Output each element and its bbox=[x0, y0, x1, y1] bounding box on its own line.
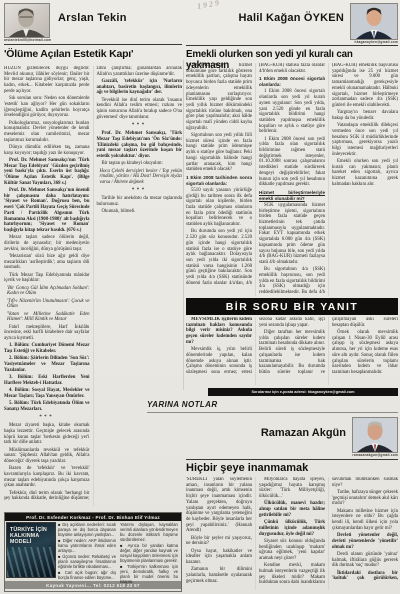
contact-email-bar: Sorularınız için e-posta adresi: hkagano… bbox=[208, 388, 398, 396]
headline: 'Ölüme Açılan Estetik Kapı' bbox=[4, 48, 182, 60]
ad-bullets-right: Yatırımı dışlayan, kaynakları verimli al… bbox=[118, 522, 180, 580]
notes-section-title: YARINA NOTLAR bbox=[147, 400, 222, 409]
article-paragraph: Çünkü ülkücülük, Türk milletinin içinde … bbox=[259, 520, 325, 537]
article-paragraph: 4. Bölüm: Sosyal Hayat, Meslekler ve Mez… bbox=[4, 388, 90, 399]
column-ramazan-akgun: Ramazan Akgün ramazanakgun@gmail.com Hiç… bbox=[186, 416, 398, 592]
article-paragraph: Okumalı, bilmeli. bbox=[97, 209, 183, 215]
headline: Hiçbir şeye inanmamak bbox=[186, 462, 398, 474]
ad-bullet: ■ Türkiye'nin kalkınması için yeni, demo… bbox=[120, 565, 178, 585]
article-paragraph: 'Vatan ve Milletine Sadâkatle Eden Hizme… bbox=[7, 312, 90, 323]
article-paragraph: Psikologlarımız, sosyologlarımız bunları… bbox=[4, 121, 90, 144]
article-paragraph: Sigortalının son yedi yıllık fiilî hizme… bbox=[186, 133, 252, 173]
author-email: hkaganoyken@gmail.com bbox=[355, 40, 398, 44]
article-paragraph: *** bbox=[4, 415, 90, 421]
book-advertisement: Prof. Dr. Esfender Korkmaz - Prof. Dr. B… bbox=[4, 512, 182, 592]
ad-bullet: ■ Ayrıca bir yandan katma değer, diğer y… bbox=[120, 544, 178, 564]
article-paragraph: 1. Bölüm: Cumhuriyet Dönemi Mezar Taşı E… bbox=[4, 343, 90, 354]
article-paragraph: 5. Bölüm: Türk Edebiyatında Ölüm ve Sana… bbox=[4, 401, 90, 412]
newspaper-page: 1929 Arslan Tekin arslantekin55@hotmail.… bbox=[0, 0, 400, 594]
article-body: SİGORTALILARIN hizmet dökümüne göre fark… bbox=[186, 63, 398, 296]
article-paragraph: 'Bir Gonca Gül İdim Açılmadan Soldum': K… bbox=[7, 286, 90, 297]
article-paragraph: Mezar ziyareti başka, kitabe okumak başk… bbox=[4, 423, 90, 446]
article-paragraph: Siyaset söz konusu olduğunda benliğinden… bbox=[259, 539, 325, 562]
article-paragraph: Zamanın bir dilimini yalanlarla, hamâset… bbox=[186, 567, 252, 584]
article-paragraph: Ülkücülük, manevî hazdır; alınıp satılan… bbox=[259, 501, 325, 518]
article-paragraph: Türk Mezar Taşı Edebiyatında mânidar içe… bbox=[4, 273, 90, 284]
ad-bullet: ■ Dış açıkların nedenleri: sıcak paraya … bbox=[58, 523, 116, 538]
article-paragraph: Gazzâlî, 'tefekkür' için 'Nurların anaht… bbox=[97, 79, 183, 96]
article-paragraph: *** bbox=[97, 123, 183, 129]
article-paragraph: Yargıtay'ın benzer davalara bakışı da bu… bbox=[332, 110, 398, 121]
column-divider bbox=[183, 60, 184, 390]
article-paragraph: HÜZÜN gizlenilecek duygu değildir. Mevli… bbox=[4, 66, 90, 95]
qa-paragraph: Örnek olarak mevsimlik çalışan 1 Nisan-3… bbox=[332, 330, 398, 376]
article-paragraph: Devleti yönetenler değil, devleti yönete… bbox=[332, 533, 398, 550]
article-paragraph: Prof. Dr. Mehmet Samsakçı'nın 'Türk Meza… bbox=[4, 158, 90, 187]
article-paragraph: 1 Ekim 2008 öncesi son yedi yılda fazla … bbox=[259, 137, 325, 188]
author-photo-arslan-tekin bbox=[4, 3, 50, 38]
article-paragraph: Bir taştan şu kitabeyi okuyalım: bbox=[97, 161, 183, 167]
article-paragraph: Emekli olurken son yedi yıl kuralı can y… bbox=[332, 159, 398, 188]
article-paragraph: SGK uygulamasında hizmet birleştirme işl… bbox=[259, 203, 325, 266]
article-paragraph: Tarihe, hafızaya sünger çekerek 'geçmişi… bbox=[332, 490, 398, 507]
handwritten-scan-mark: 1929 bbox=[196, 0, 221, 11]
portrait-illustration bbox=[353, 418, 397, 452]
ad-bullets-left: ■ Dış açıkların nedenleri: sıcak paraya … bbox=[56, 522, 118, 580]
qa-paragraph: MEVSİMLİK işçilerin kıdem tazminatı hakl… bbox=[186, 317, 252, 346]
article-paragraph: Müslümanlarda tevekkül ve tefekkür sanat… bbox=[4, 448, 90, 465]
article-paragraph: 2. Bölüm: Şâirlerin Dilinden 'Son Söz': … bbox=[4, 356, 90, 373]
header-rule bbox=[186, 45, 398, 46]
article-paragraph: Milyonlarca hayata işleyen, yaşadığımız … bbox=[259, 477, 325, 500]
author-photo-ramazan-akgun bbox=[352, 417, 398, 453]
qa-section-banner: BİR SORU BİR YANIT bbox=[186, 298, 398, 315]
article-paragraph: Dünya dümdüz edilirken taş, zamana karşı… bbox=[4, 145, 90, 156]
ad-body: TÜRKİYE İÇİN KALKINMA MODELİ ■ Dış açıkl… bbox=[5, 521, 181, 581]
article-paragraph: Böyle bir şeyler mi yaşıyoruz, ne dersin… bbox=[186, 536, 252, 547]
article-paragraph: Oysa hayat, hakikatler ve idealler için … bbox=[186, 549, 252, 566]
article-paragraph: *** bbox=[97, 188, 183, 194]
article-paragraph: Mezar taşları sadece ölülerin değil, dir… bbox=[4, 235, 90, 252]
article-paragraph: Sık sorulan soru: Neden son dönemlerde '… bbox=[4, 96, 90, 119]
author-email: arslantekin55@hotmail.com bbox=[4, 38, 51, 42]
portrait-illustration bbox=[5, 4, 49, 37]
article-paragraph: Prof. Dr. Mehmet Samsakçı'nın önemli bir… bbox=[4, 188, 90, 234]
author-email: ramazanakgun@gmail.com bbox=[352, 453, 398, 457]
article-paragraph: 5510 sayılı yasanın yürürlüğe girdiği bu… bbox=[186, 188, 252, 228]
article-body: HÜZÜN gizlenilecek duygu değildir. Mevli… bbox=[4, 66, 182, 506]
article-body: 'SÜREKLİ yalan söylemenin amacı, insanla… bbox=[186, 477, 398, 590]
article-paragraph: Vatandaşın emeklilik dilekçesi vermeden … bbox=[332, 123, 398, 157]
book-cover: TÜRKİYE İÇİN KALKINMA MODELİ bbox=[6, 522, 56, 578]
article-paragraph: 1 Ekim 2008 öncesi sigortalı olanlarda s… bbox=[259, 89, 325, 135]
notes-section-rule bbox=[147, 412, 398, 413]
author-name: Halil Kağan ÖYKEN bbox=[239, 12, 344, 24]
ad-bullet: ■ Cari açık bugün: ağır dış borçla finan… bbox=[58, 571, 116, 581]
article-paragraph: SİGORTALILARIN hizmet dökümüne göre fark… bbox=[186, 63, 252, 131]
book-title: TÜRKİYE İÇİN KALKINMA MODELİ bbox=[7, 523, 55, 545]
article-paragraph: Tevekkül ise dinî terim olarak 'insanın … bbox=[97, 98, 183, 121]
author-name: Ramazan Akgün bbox=[261, 427, 346, 439]
ad-bullet: Yatırımı dışlayan, kaynakları verimli al… bbox=[120, 523, 178, 543]
ad-bullet: ■ Üçüncü neden: Rekabetçi ve planlı sana… bbox=[58, 555, 116, 570]
article-paragraph: 'SÜREKLİ yalan söylemenin amacı, insanla… bbox=[186, 477, 252, 534]
article-paragraph: 'Tıfl-ı Nâzenin'im Unutulmasın': Çocuk v… bbox=[7, 299, 90, 310]
header-rule bbox=[186, 459, 398, 460]
article-paragraph: Derdi olanın gözünde 'yalnız' kalmak, if… bbox=[332, 552, 398, 569]
qa-body: MEVSİMLİK işçilerin kıdem tazminatı hakl… bbox=[186, 317, 398, 385]
article-paragraph: Prof. Dr. Mehmet Samsakçı, 'Türk Mezar T… bbox=[97, 131, 183, 160]
portrait-illustration bbox=[351, 4, 397, 39]
article-paragraph: 1 Ekim 2008 öncesi sigortalı olanlarda: bbox=[259, 76, 325, 87]
ad-authors: Prof. Dr. Esfender Korkmaz - Prof. Dr. B… bbox=[5, 513, 181, 521]
article-paragraph: Tarihle bir anekdotu da mezar taşlarında… bbox=[97, 196, 183, 207]
author-photo-halil-kagan-oyken bbox=[350, 3, 398, 40]
article-paragraph: Hoca Çelebi dervişleri besler / Top yekû… bbox=[100, 169, 183, 186]
article-paragraph: Fahrî mekteplilere, Harf İnkılâbı öncesi… bbox=[4, 325, 90, 342]
article-paragraph: 3. Bölüm: Eski Harflerden Yeni Harflere … bbox=[4, 375, 90, 386]
article-paragraph: 1 Ekim 2008 tarihinden sonra sigortalı o… bbox=[186, 175, 252, 186]
ad-bullet: ■ Diğer neden: AKP iktidarının kamu yatı… bbox=[58, 539, 116, 554]
article-paragraph: 'Mezaristan' sözü bize ağır geldi diye m… bbox=[4, 254, 90, 271]
article-paragraph: Bazen de 'tefekkür' ve 'tevekkül' kavram… bbox=[4, 466, 90, 489]
article-paragraph: Hizmet birleştirmeleriyle emekli olunabi… bbox=[259, 190, 325, 201]
article-paragraph: Makamı milletine hizmet için isteyenlere… bbox=[332, 509, 398, 532]
header-rule bbox=[4, 44, 182, 45]
author-name: Arslan Tekin bbox=[58, 12, 127, 24]
